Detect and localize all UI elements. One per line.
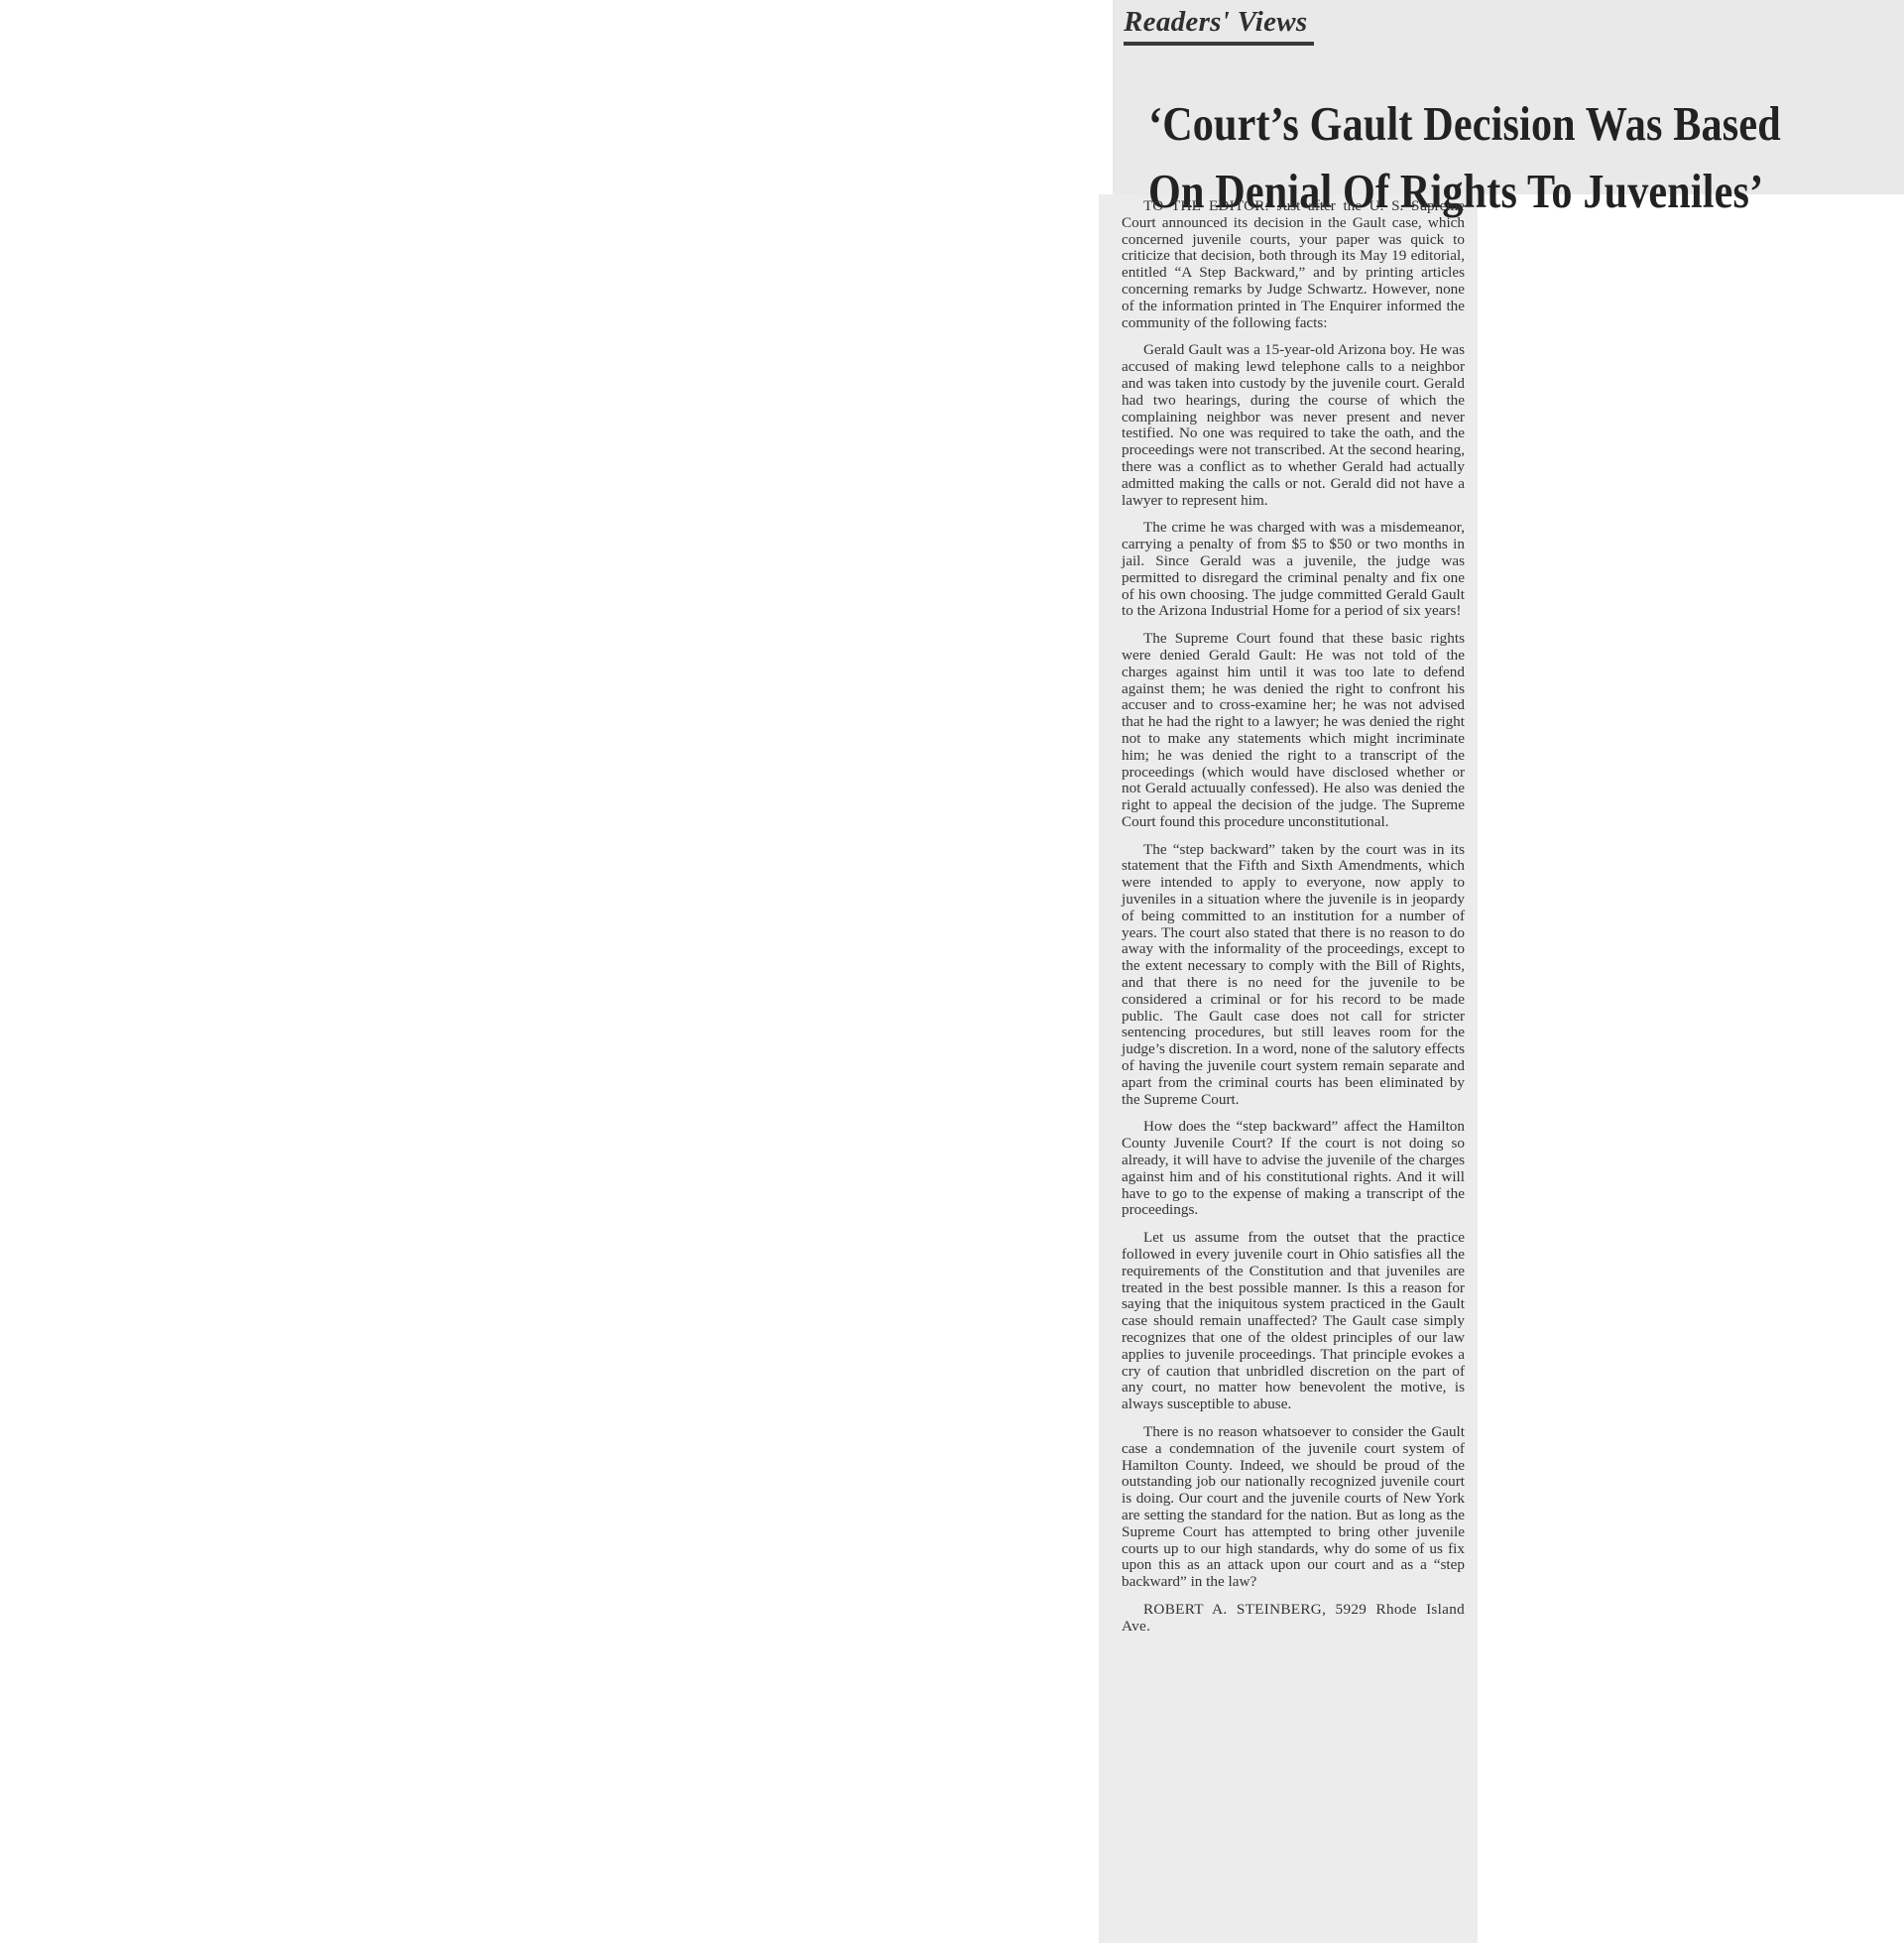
letter-signature: ROBERT A. STEINBERG, 5929 Rhode Island A… xyxy=(1122,1602,1465,1636)
headline-line-1: ‘Court’s Gault Decision Was Based xyxy=(1148,90,1797,158)
salutation: TO THE EDITOR: xyxy=(1143,197,1269,214)
letter-paragraph-4: The Supreme Court found that these basic… xyxy=(1122,631,1465,831)
letter-paragraph-5: The “step backward” taken by the court w… xyxy=(1122,842,1465,1109)
letter-paragraph-3: The crime he was charged with was a misd… xyxy=(1122,520,1465,620)
letter-paragraph-1: TO THE EDITOR: Just after the U. S. Supr… xyxy=(1122,198,1465,331)
letter-paragraph-2: Gerald Gault was a 15-year-old Arizona b… xyxy=(1122,342,1465,509)
paragraph-text: Just after the U. S. Supreme Court annou… xyxy=(1122,197,1465,331)
section-standing-head: Readers' Views xyxy=(1124,6,1314,46)
letter-body: TO THE EDITOR: Just after the U. S. Supr… xyxy=(1122,198,1465,1646)
letter-paragraph-8: There is no reason whatsoever to conside… xyxy=(1122,1424,1465,1591)
letter-paragraph-7: Let us assume from the outset that the p… xyxy=(1122,1230,1465,1413)
letter-paragraph-6: How does the “step backward” affect the … xyxy=(1122,1119,1465,1219)
